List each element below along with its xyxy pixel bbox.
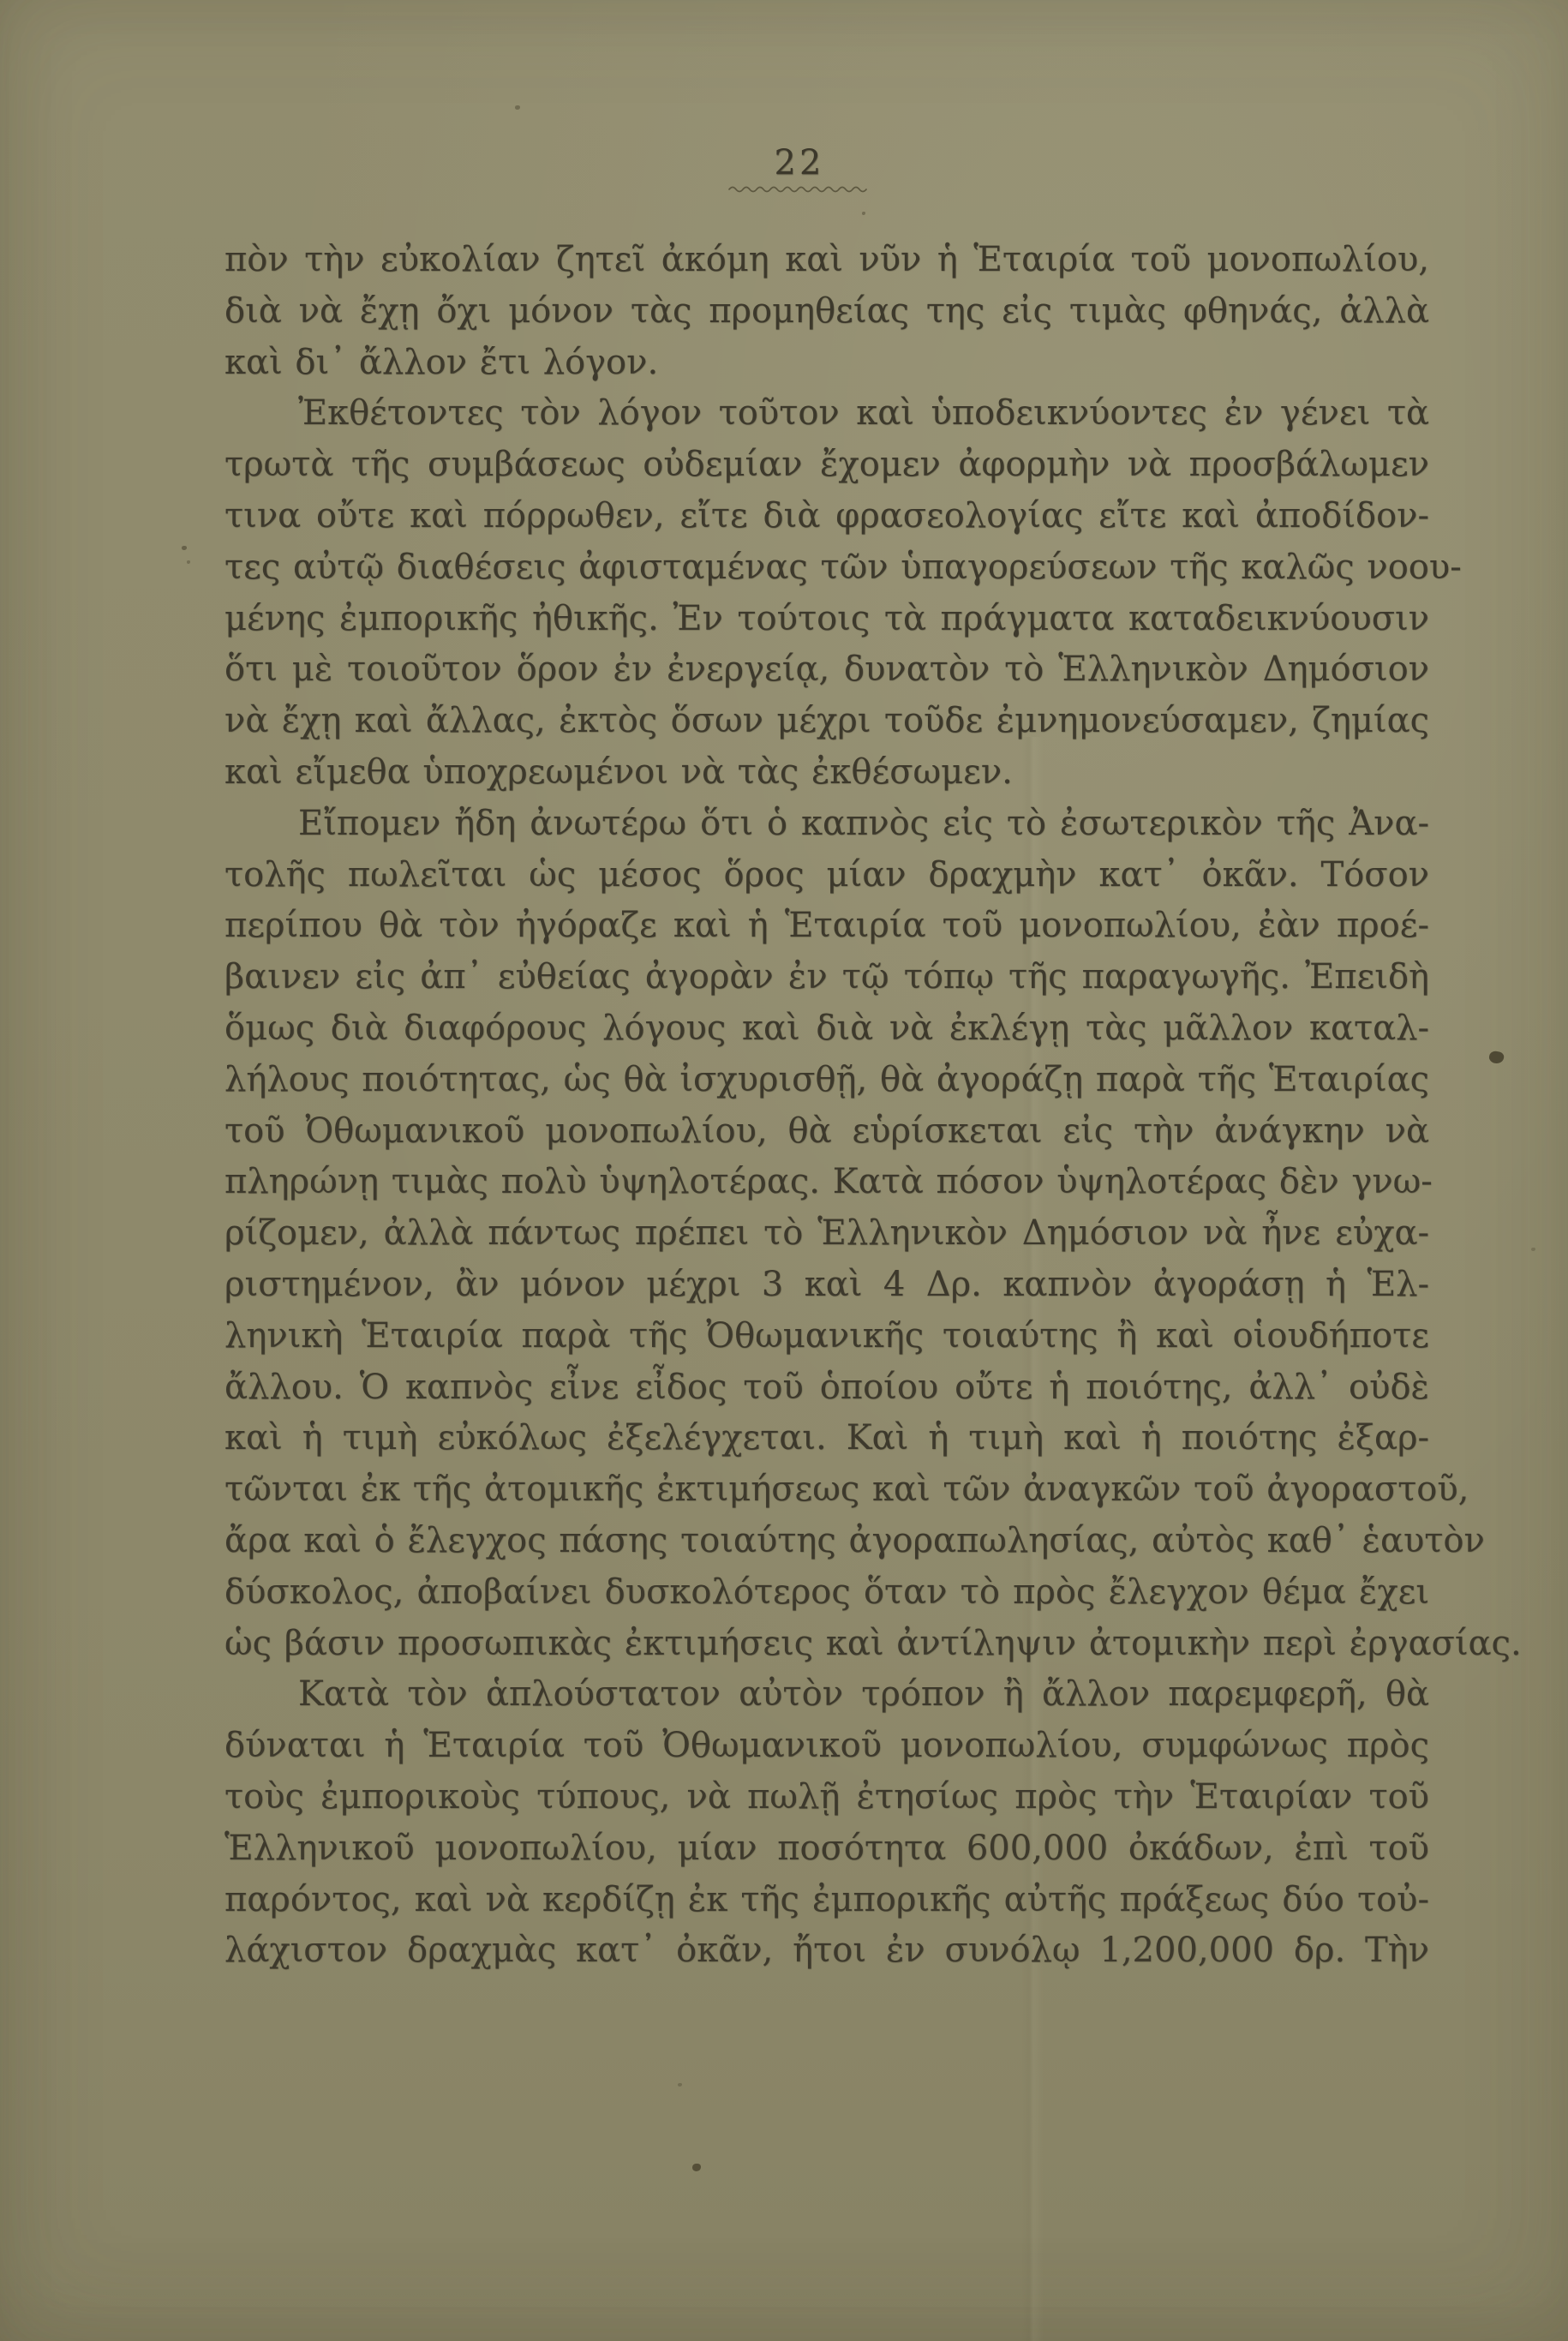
text-line: περίπου θὰ τὸν ἠγόραζε καὶ ἡ Ἑταιρία τοῦ… [224, 901, 1429, 952]
text-line: τῶνται ἐκ τῆς ἀτομικῆς ἐκτιμήσεως καὶ τῶ… [224, 1464, 1429, 1516]
text-line: δύναται ἡ Ἑταιρία τοῦ Ὀθωμανικοῦ μονοπωλ… [224, 1721, 1429, 1772]
text-line: πὸν τὴν εὐκολίαν ζητεῖ ἀκόμη καὶ νῦν ἡ Ἑ… [224, 235, 1429, 286]
text-line: ἄρα καὶ ὁ ἔλεγχος πάσης τοιαύτης ἀγοραπω… [224, 1516, 1429, 1567]
ink-speck [862, 212, 865, 215]
text-line: καὶ εἴμεθα ὑποχρεωμένοι νὰ τὰς ἐκθέσωμεν… [224, 747, 1429, 799]
text-line: τινα οὔτε καὶ πόρρωθεν, εἴτε διὰ φρασεολ… [224, 491, 1429, 542]
text-line: ὡς βάσιν προσωπικὰς ἐκτιμήσεις καὶ ἀντίλ… [224, 1619, 1429, 1670]
scanned-book-page: { "page": { "number": "22" }, "paper": {… [0, 0, 1568, 2341]
text-line: πληρώνῃ τιμὰς πολὺ ὑψηλοτέρας. Κατὰ πόσο… [224, 1157, 1429, 1208]
ink-speck [678, 2083, 682, 2087]
text-line: καὶ δι᾽ ἄλλον ἔτι λόγον. [224, 338, 1429, 389]
page-number: 22 [775, 144, 825, 182]
text-line: λήλους ποιότητας, ὡς θὰ ἰσχυρισθῇ, θὰ ἀγ… [224, 1055, 1429, 1106]
text-line: τοῦ Ὀθωμανικοῦ μονοπωλίου, θὰ εὑρίσκεται… [224, 1106, 1429, 1158]
text-line: μένης ἐμπορικῆς ἠθικῆς. Ἐν τούτοις τὰ πρ… [224, 594, 1429, 645]
text-line: τρωτὰ τῆς συμβάσεως οὐδεμίαν ἔχομεν ἀφορ… [224, 440, 1429, 491]
text-line: δύσκολος, ἀποβαίνει δυσκολότερος ὅταν τὸ… [224, 1567, 1429, 1619]
page-number-underline-squiggle [727, 183, 871, 194]
ink-speck [1531, 1248, 1535, 1251]
ink-speck [182, 546, 187, 550]
text-line: τολῆς πωλεῖται ὡς μέσος ὅρος μίαν δραχμὴ… [224, 850, 1429, 901]
text-line: ὅτι μὲ τοιοῦτον ὅρον ἐν ἐνεργείᾳ, δυνατὸ… [224, 644, 1429, 696]
page-header: 22 [15, 144, 1568, 194]
ink-speck [692, 2164, 701, 2171]
text-line: Κατὰ τὸν ἁπλούστατον αὐτὸν τρόπον ἢ ἄλλο… [224, 1669, 1429, 1721]
text-line: ριστημένον, ἂν μόνον μέχρι 3 καὶ 4 Δρ. κ… [224, 1260, 1429, 1311]
ink-speck [187, 560, 190, 564]
text-line: βαινεν εἰς ἀπ᾽ εὐθείας ἀγορὰν ἐν τῷ τόπῳ… [224, 952, 1429, 1003]
text-line: παρόντος, καὶ νὰ κερδίζῃ ἐκ τῆς ἐμπορικῆ… [224, 1875, 1429, 1926]
ink-blot [1488, 1050, 1505, 1064]
text-line: Ἑλληνικοῦ μονοπωλίου, μίαν ποσότητα 600,… [224, 1823, 1429, 1875]
text-line: τες αὐτῷ διαθέσεις ἀφισταμένας τῶν ὑπαγο… [224, 542, 1429, 594]
text-line: ὅμως διὰ διαφόρους λόγους καὶ διὰ νὰ ἐκλ… [224, 1003, 1429, 1055]
text-line: καὶ ἡ τιμὴ εὐκόλως ἐξελέγχεται. Καὶ ἡ τι… [224, 1413, 1429, 1464]
text-line: ἄλλου. Ὁ καπνὸς εἶνε εἶδος τοῦ ὁποίου οὔ… [224, 1362, 1429, 1414]
text-line: λάχιστον δραχμὰς κατ᾽ ὀκᾶν, ἤτοι ἐν συνό… [224, 1925, 1429, 1977]
text-line: ληνικὴ Ἑταιρία παρὰ τῆς Ὀθωμανικῆς τοιαύ… [224, 1311, 1429, 1362]
text-line: νὰ ἔχῃ καὶ ἄλλας, ἐκτὸς ὅσων μέχρι τοῦδε… [224, 696, 1429, 747]
text-line: διὰ νὰ ἔχῃ ὄχι μόνον τὰς προμηθείας της … [224, 286, 1429, 338]
text-line: Εἴπομεν ἤδη ἀνωτέρω ὅτι ὁ καπνὸς εἰς τὸ … [224, 799, 1429, 850]
text-line: ρίζομεν, ἀλλὰ πάντως πρέπει τὸ Ἑλληνικὸν… [224, 1208, 1429, 1260]
text-line: τοὺς ἐμπορικοὺς τύπους, νὰ πωλῇ ἐτησίως … [224, 1772, 1429, 1823]
body-text: πὸν τὴν εὐκολίαν ζητεῖ ἀκόμη καὶ νῦν ἡ Ἑ… [224, 235, 1429, 1977]
ink-speck [515, 105, 520, 110]
text-line: Ἐκθέτοντες τὸν λόγον τοῦτον καὶ ὑποδεικν… [224, 388, 1429, 440]
